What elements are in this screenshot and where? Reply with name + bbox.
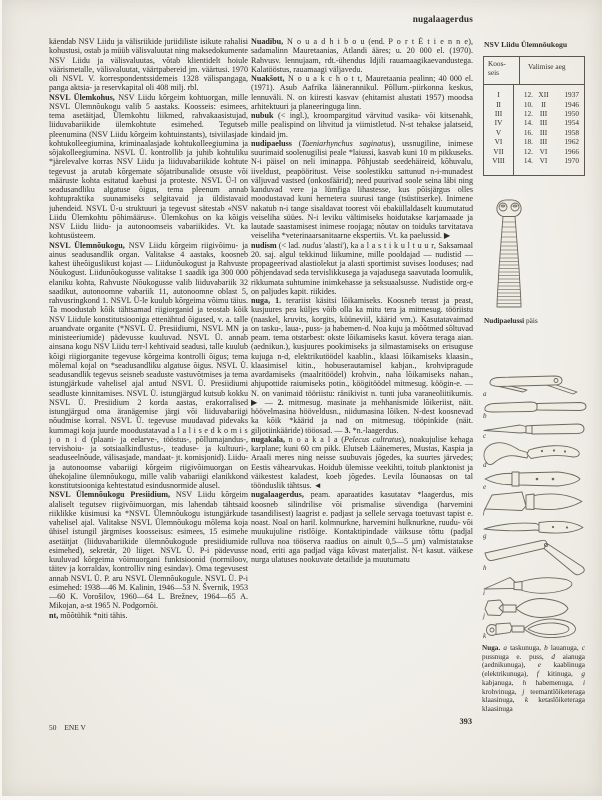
knife-aianuga (484, 443, 529, 465)
scanned-page: nugalaagerdus käendab NSV Liidu ja välis… (2, 0, 602, 796)
table-title: NSV Liidu Ülemnõukogu (484, 40, 585, 49)
paragraph: käendab NSV Liidu ja välisriikide juriid… (49, 37, 248, 93)
paragraph: nubuk (< ingl.), kroompargitud värvitud … (251, 111, 473, 139)
svg-text:b: b (483, 412, 487, 420)
paragraph: nuga, 1. terariist käsitsi lõikamiseks. … (251, 296, 473, 435)
running-head: nugalaagerdus (251, 14, 473, 24)
table-row: VII12.VI1966 (484, 147, 584, 156)
table-row: VIII14.VI1970 (484, 156, 584, 175)
sheet-number: 50 (49, 723, 56, 732)
page-number: 393 (392, 717, 472, 726)
svg-text:d: d (483, 461, 487, 469)
paragraph: nt, mõõtühik *niti tähis. (49, 611, 248, 620)
text-column-middle: Nuadibu, N o u a d h i b o u (end. P o r… (251, 37, 473, 705)
knife-lauanuga (485, 402, 537, 412)
knife-pussnuga (484, 425, 526, 433)
supreme-soviet-table: NSV Liidu Ülemnõukogu Koos- seis Valimis… (483, 40, 585, 176)
table-row: IV14.III1954 (484, 118, 584, 127)
text-column-left: käendab NSV Liidu ja välisriikide juriid… (49, 37, 248, 713)
paragraph: nugalaagerdus, peam. aparaatides kasutat… (251, 490, 473, 564)
svg-text:a: a (483, 390, 487, 398)
table-header-koosseis: Koos- seis (484, 57, 520, 84)
table-header-valimise-aeg: Valimise aeg (520, 57, 584, 84)
paragraph: nudism (< lad. nudus 'alasti'), ka a l a… (251, 241, 473, 297)
tapeworm-caption: Nudipaelussi päis (484, 317, 588, 326)
table-row: VI18.III1962 (484, 137, 584, 146)
svg-text:i: i (483, 589, 485, 597)
knife-habemenuga (485, 540, 548, 560)
paragraph: nudipaeluss (Taeniarhynchus saginatus), … (251, 139, 473, 241)
paragraph: NSVL Ülemnõukogu Presiidium, NSV Liidu k… (49, 490, 248, 610)
knife-kaablinuga (485, 473, 512, 484)
knife-kitinuga (485, 492, 526, 511)
svg-text:j: j (482, 612, 485, 620)
svg-text:g: g (483, 532, 487, 540)
paragraph: NSVL Ülemkohus, NSV Liidu kõrgeim kohtuo… (49, 93, 248, 241)
svg-text:e: e (483, 483, 486, 491)
svg-text:h: h (483, 564, 487, 572)
knife-krohvinuga (484, 578, 518, 590)
paragraph: nugakala, n o a k a l a (Pelecus cultrat… (251, 435, 473, 491)
svg-text:k: k (483, 632, 487, 640)
knife-labels: a b c d e f g h i j k (482, 390, 487, 640)
table-body: I12.XII1937II10.II1946III12.III1950IV14.… (484, 85, 584, 175)
table-box: Koos- seis Valimise aeg I12.XII1937II10.… (483, 56, 585, 176)
table-row: III12.III1950 (484, 109, 584, 118)
table-row: II10.II1946 (484, 100, 584, 109)
knife-teemantklaasinuga (485, 600, 503, 616)
knives-illustration: a b c d e f g h i j k (480, 370, 594, 640)
table-row: V16.III1958 (484, 128, 584, 137)
paragraph: Nuadibu, N o u a d h i b o u (end. P o r… (251, 37, 473, 74)
svg-text:c: c (483, 432, 487, 440)
signature-mark: 50ENE V (49, 723, 86, 732)
paragraph: NSVL Ülemnõukogu, NSV Liidu kõrgeim riig… (49, 241, 248, 491)
volume-mark: ENE V (64, 723, 85, 732)
table-header-row: Koos- seis Valimise aeg (484, 57, 584, 85)
knife-kabjanuga (484, 523, 539, 531)
tapeworm-head-illustration (488, 198, 530, 314)
paragraph: Nuakšott, N o u a k c h o t t, Mauretaan… (251, 74, 473, 111)
knives-caption: Nuga. a taskunuga, b lauanuga, c pussnug… (482, 644, 585, 714)
table-row: I12.XII1937 (484, 85, 584, 99)
